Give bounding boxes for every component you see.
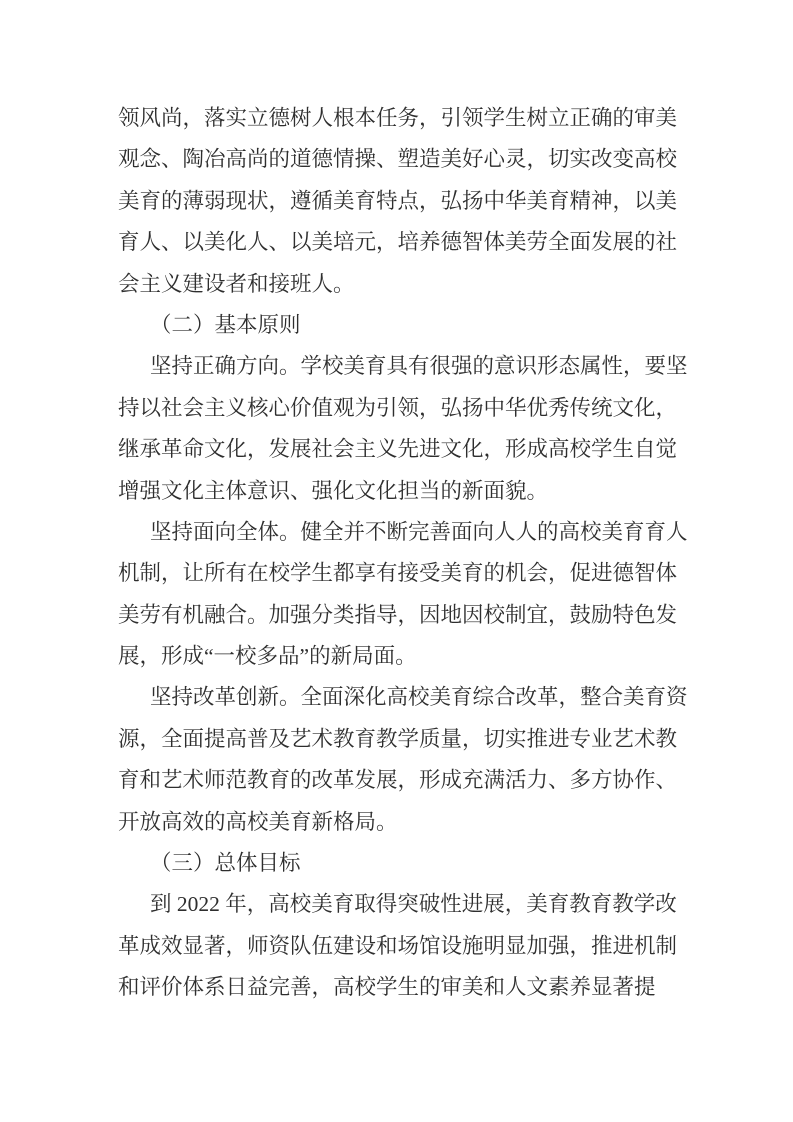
text-line: 美劳有机融合。加强分类指导，因地因校制宜，鼓励特色发 [118,595,718,636]
paragraph: 坚持改革创新。全面深化高校美育综合改革，整合美育资源，全面提高普及艺术教育教学质… [118,677,718,843]
text-line: 美育的薄弱现状，遵循美育特点，弘扬中华美育精神，以美 [118,181,718,222]
text-line: 观念、陶冶高尚的道德情操、塑造美好心灵，切实改变高校 [118,139,718,180]
section-heading: （二）基本原则 [118,305,718,346]
text-line: 继承革命文化，发展社会主义先进文化，形成高校学生自觉 [118,429,718,470]
text-line: 育人、以美化人、以美培元，培养德智体美劳全面发展的社 [118,222,718,263]
text-line: 坚持改革创新。全面深化高校美育综合改革，整合美育资 [118,677,718,718]
text-line: 领风尚，落实立德树人根本任务，引领学生树立正确的审美 [118,98,718,139]
text-line: 育和艺术师范教育的改革发展，形成充满活力、多方协作、 [118,760,718,801]
text-line: 和评价体系日益完善，高校学生的审美和人文素养显著提 [118,967,718,1008]
paragraph: 坚持正确方向。学校美育具有很强的意识形态属性，要坚持以社会主义核心价值观为引领，… [118,346,718,512]
paragraph: 坚持面向全体。健全并不断完善面向人人的高校美育育人机制，让所有在校学生都享有接受… [118,512,718,678]
paragraph: 到 2022 年，高校美育取得突破性进展，美育教育教学改革成效显著，师资队伍建设… [118,884,718,1008]
text-line: 增强文化主体意识、强化文化担当的新面貌。 [118,471,718,512]
text-line: 坚持面向全体。健全并不断完善面向人人的高校美育育人 [118,512,718,553]
text-line: 展，形成“一校多品”的新局面。 [118,636,718,677]
text-line: 持以社会主义核心价值观为引领，弘扬中华优秀传统文化， [118,388,718,429]
text-line: （三）总体目标 [118,843,718,884]
document-text-block: 领风尚，落实立德树人根本任务，引领学生树立正确的审美观念、陶冶高尚的道德情操、塑… [118,98,718,1009]
section-heading: （三）总体目标 [118,843,718,884]
document-page: 领风尚，落实立德树人根本任务，引领学生树立正确的审美观念、陶冶高尚的道德情操、塑… [0,0,793,1122]
text-line: 坚持正确方向。学校美育具有很强的意识形态属性，要坚 [118,346,718,387]
text-line: 开放高效的高校美育新格局。 [118,802,718,843]
text-line: 会主义建设者和接班人。 [118,264,718,305]
text-line: 源，全面提高普及艺术教育教学质量，切实推进专业艺术教 [118,719,718,760]
text-line: （二）基本原则 [118,305,718,346]
paragraph: 领风尚，落实立德树人根本任务，引领学生树立正确的审美观念、陶冶高尚的道德情操、塑… [118,98,718,305]
text-line: 到 2022 年，高校美育取得突破性进展，美育教育教学改 [118,884,718,925]
text-line: 机制，让所有在校学生都享有接受美育的机会，促进德智体 [118,553,718,594]
text-line: 革成效显著，师资队伍建设和场馆设施明显加强，推进机制 [118,926,718,967]
